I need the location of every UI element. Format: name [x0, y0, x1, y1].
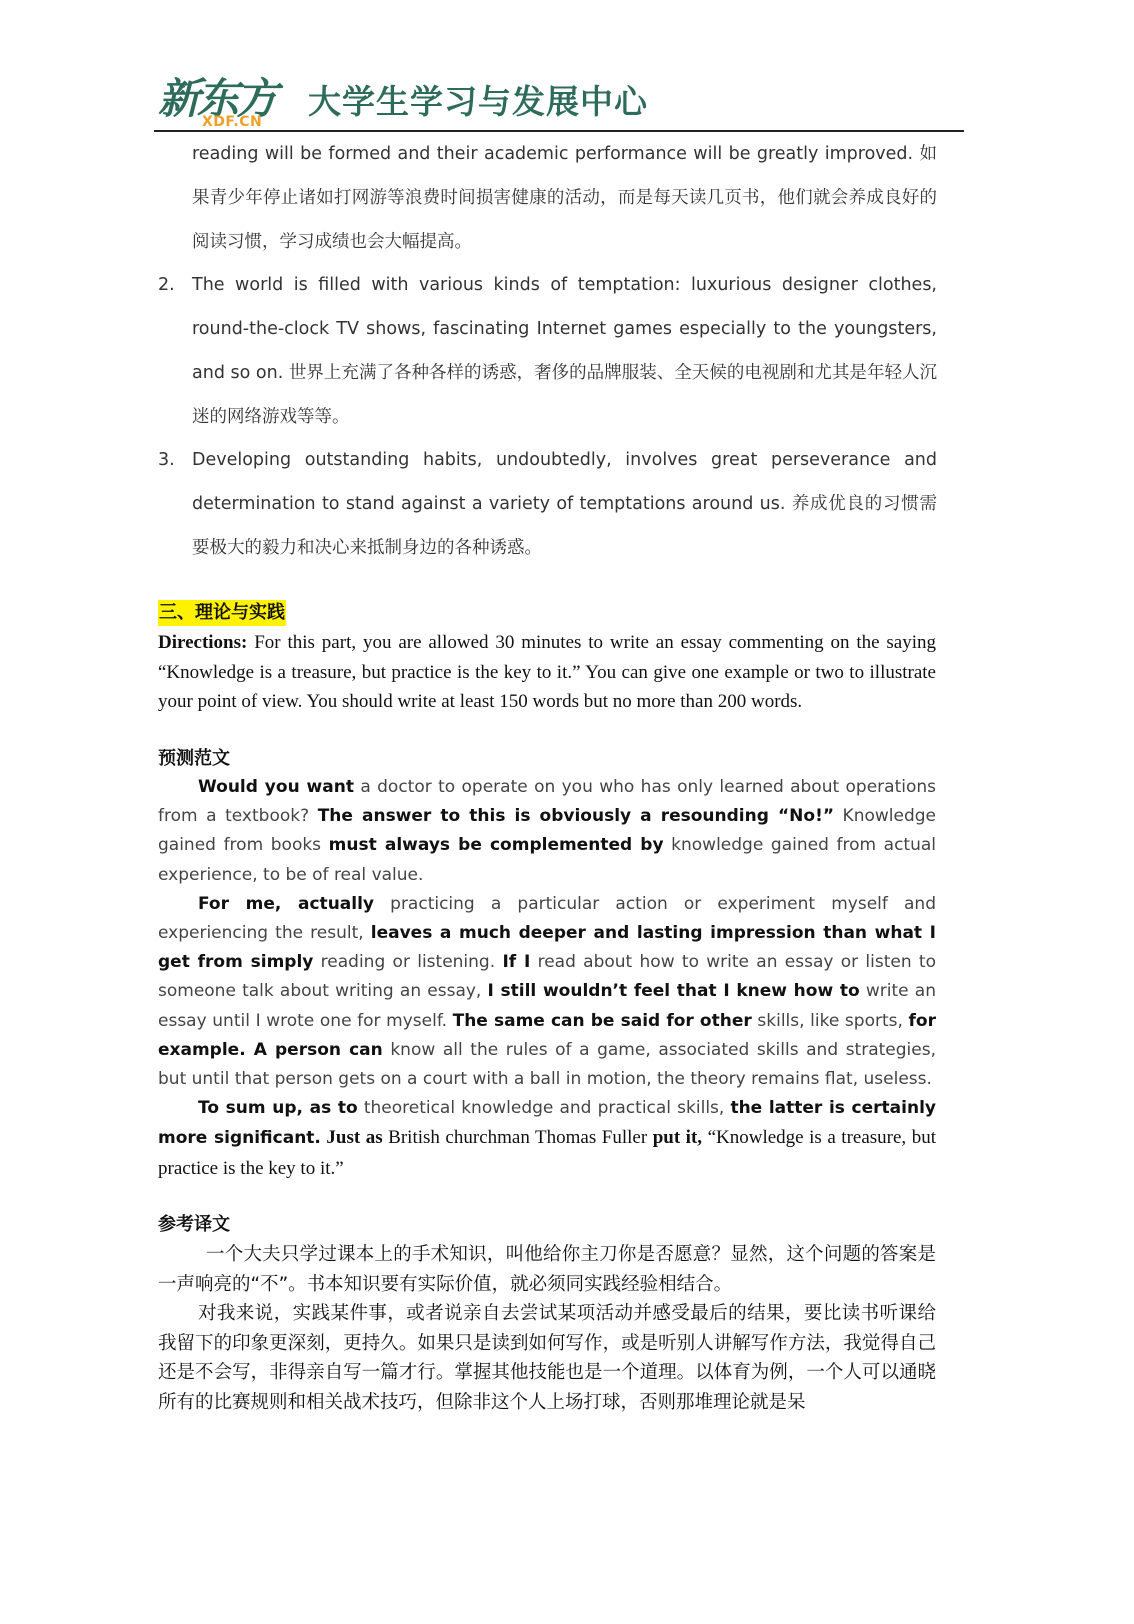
bold-phrase: The same can be said for other	[453, 1011, 752, 1031]
essay-heading: 预测范文	[158, 746, 230, 772]
translation-paragraph-2: 对我来说，实践某件事，或者说亲自去尝试某项活动并感受最后的结果，要比读书听课给我…	[158, 1299, 936, 1417]
bold-phrase: Would you want	[198, 777, 354, 797]
page-header: 新东方 XDF.CN 大学生学习与发展中心	[158, 76, 958, 134]
text-run: British churchman Thomas Fuller	[383, 1127, 653, 1148]
bold-phrase: If I	[502, 952, 530, 972]
text-run: theoretical knowledge and practical skil…	[358, 1098, 731, 1118]
text-run: skills, like sports,	[752, 1011, 909, 1031]
bold-phrase: put it,	[653, 1127, 702, 1148]
directions-label: Directions:	[158, 632, 247, 653]
essay-paragraph-3: To sum up, as to theoretical knowledge a…	[158, 1094, 936, 1184]
translation-paragraph-1: 一个大夫只学过课本上的手术知识，叫他给你主刀你是否愿意？显然，这个问题的答案是一…	[158, 1240, 936, 1299]
list-item-1-continuation: reading will be formed and their academi…	[192, 132, 937, 264]
xdf-logo: 新东方 XDF.CN	[158, 76, 286, 134]
list-number: 2.	[158, 263, 175, 307]
list-number: 3.	[158, 438, 175, 482]
center-name: 大学生学习与发展中心	[308, 82, 648, 122]
model-essay: Would you want a doctor to operate on yo…	[158, 773, 936, 1184]
bold-phrase: I still wouldn’t feel that I knew how to	[488, 981, 860, 1001]
bold-phrase: For me, actually	[198, 894, 374, 914]
bold-phrase: To sum up, as to	[198, 1098, 358, 1118]
logo-english: XDF.CN	[202, 114, 262, 130]
essay-paragraph-1: Would you want a doctor to operate on yo…	[158, 773, 936, 890]
document-page: 新东方 XDF.CN 大学生学习与发展中心 reading will be fo…	[0, 0, 1134, 1624]
list-item-2: The world is filled with various kinds o…	[192, 263, 937, 439]
section-heading: 三、理论与实践	[158, 600, 286, 626]
bold-phrase: The answer to this is obviously a resoun…	[318, 806, 834, 826]
directions-text: For this part, you are allowed 30 minute…	[158, 632, 936, 712]
list-item-en: reading will be formed and their academi…	[192, 144, 913, 164]
essay-paragraph-2: For me, actually practicing a particular…	[158, 890, 936, 1094]
list-item-zh: 世界上充满了各种各样的诱惑，奢侈的品牌服装、全天候的电视剧和尤其是年轻人沉迷的网…	[192, 363, 937, 427]
text-run: reading or listening.	[313, 952, 502, 972]
bold-phrase: Just as	[321, 1127, 383, 1148]
translation-heading: 参考译文	[158, 1212, 230, 1238]
bold-phrase: must always be complemented by	[329, 835, 664, 855]
reference-translation: 一个大夫只学过课本上的手术知识，叫他给你主刀你是否愿意？显然，这个问题的答案是一…	[158, 1240, 936, 1417]
directions-paragraph: Directions: For this part, you are allow…	[158, 628, 936, 717]
list-item-3: Developing outstanding habits, undoubted…	[192, 438, 937, 570]
